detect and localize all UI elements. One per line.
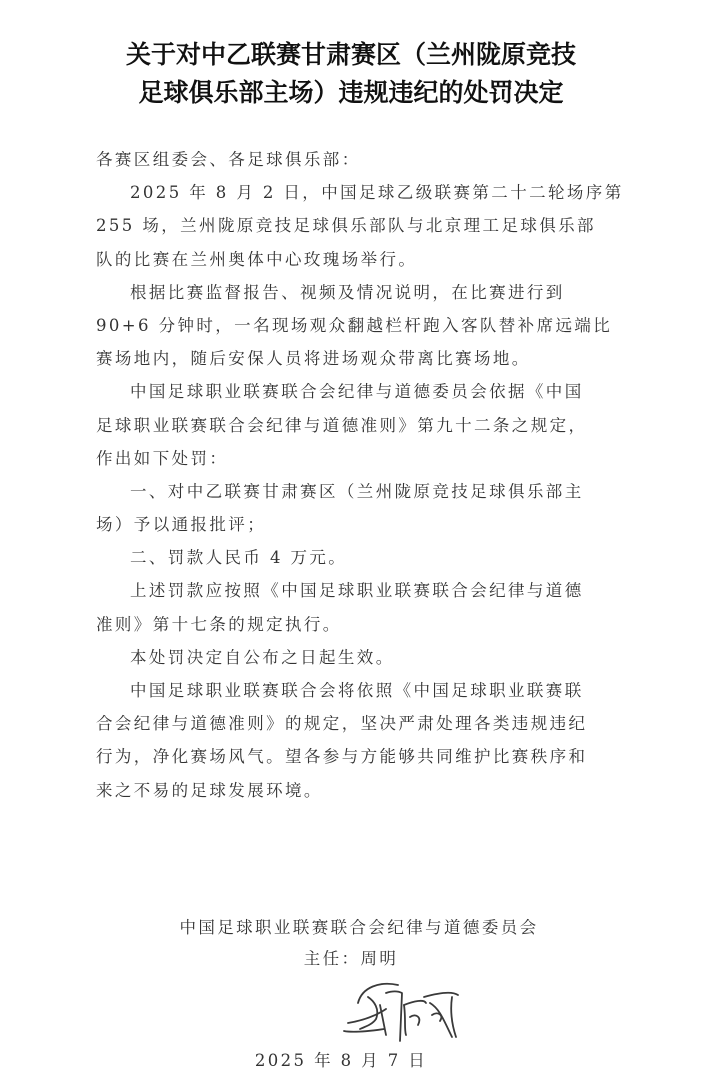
salutation: 各赛区组委会、各足球俱乐部： (96, 143, 572, 176)
paragraph-line: 上述罚款应按照《中国足球职业联赛联合会纪律与道德 (96, 574, 572, 607)
paragraph-line: 2025 年 8 月 2 日，中国足球乙级联赛第二十二轮场序第 (96, 176, 572, 209)
paragraph-closing: 中国足球职业联赛联合会将依照《中国足球职业联赛联 合会纪律与道德准则》的规定，坚… (96, 674, 572, 807)
document-body: 各赛区组委会、各足球俱乐部： 2025 年 8 月 2 日，中国足球乙级联赛第二… (96, 143, 572, 807)
paragraph-line: 中国足球职业联赛联合会纪律与道德委员会依据《中国 (96, 375, 572, 408)
paragraph-line: 来之不易的足球发展环境。 (96, 774, 572, 807)
paragraph-line: 中国足球职业联赛联合会将依照《中国足球职业联赛联 (96, 674, 572, 707)
paragraph-execution: 上述罚款应按照《中国足球职业联赛联合会纪律与道德 准则》第十七条的规定执行。 (96, 574, 572, 640)
penalty-item-2: 二、罚款人民币 4 万元。 (96, 541, 572, 574)
paragraph-basis: 中国足球职业联赛联合会纪律与道德委员会依据《中国 足球职业联赛联合会纪律与道德准… (96, 375, 572, 475)
title-line-1: 关于对中乙联赛甘肃赛区（兰州陇原竞技 (0, 36, 702, 74)
paragraph-line: 合会纪律与道德准则》的规定，坚决严肃处理各类违规违纪 (96, 707, 572, 740)
paragraph-line: 作出如下处罚： (96, 442, 572, 475)
paragraph-line: 一、对中乙联赛甘肃赛区（兰州陇原竞技足球俱乐部主 (96, 475, 572, 508)
paragraph-line: 根据比赛监督报告、视频及情况说明，在比赛进行到 (96, 276, 572, 309)
paragraph-line: 赛场地内，随后安保人员将进场观众带离比赛场地。 (96, 342, 572, 375)
paragraph-line: 90+6 分钟时，一名现场观众翻越栏杆跑入客队替补席远端比 (96, 309, 572, 342)
paragraph-line: 足球职业联赛联合会纪律与道德准则》第九十二条之规定， (96, 409, 572, 442)
paragraph-incident: 2025 年 8 月 2 日，中国足球乙级联赛第二十二轮场序第 255 场，兰州… (96, 176, 572, 276)
paragraph-line: 二、罚款人民币 4 万元。 (96, 541, 572, 574)
paragraph-line: 队的比赛在兰州奥体中心玫瑰场举行。 (96, 243, 572, 276)
paragraph-findings: 根据比赛监督报告、视频及情况说明，在比赛进行到 90+6 分钟时，一名现场观众翻… (96, 276, 572, 376)
signature-icon (340, 975, 465, 1055)
penalty-item-1: 一、对中乙联赛甘肃赛区（兰州陇原竞技足球俱乐部主 场）予以通报批评； (96, 475, 572, 541)
paragraph-line: 行为，净化赛场风气。望各参与方能够共同维护比赛秩序和 (96, 740, 572, 773)
paragraph-line: 255 场，兰州陇原竞技足球俱乐部队与北京理工足球俱乐部 (96, 209, 572, 242)
title-line-2: 足球俱乐部主场）违规违纪的处罚决定 (0, 74, 702, 112)
paragraph-line: 本处罚决定自公布之日起生效。 (96, 641, 572, 674)
paragraph-line: 场）予以通报批评； (96, 508, 572, 541)
document-title: 关于对中乙联赛甘肃赛区（兰州陇原竞技 足球俱乐部主场）违规违纪的处罚决定 (0, 36, 702, 112)
paragraph-effective: 本处罚决定自公布之日起生效。 (96, 641, 572, 674)
issuing-organization: 中国足球职业联赛联合会纪律与道德委员会 (8, 914, 702, 938)
paragraph-line: 准则》第十七条的规定执行。 (96, 608, 572, 641)
director-name: 主任：周明 (0, 945, 702, 969)
issue-date: 2025 年 8 月 7 日 (0, 1047, 692, 1071)
